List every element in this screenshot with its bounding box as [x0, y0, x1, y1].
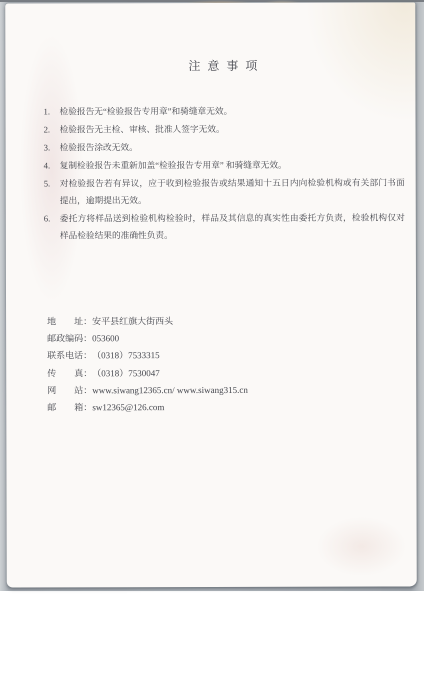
contact-row-website: 网 站： www.siwang12365.cn/ www.siwang315.c…: [47, 381, 405, 399]
notice-text: 复制检验报告未重新加盖“检验报告专用章” 和骑缝章无效。: [60, 156, 405, 174]
contact-value: 安平县红旗大街西头: [92, 312, 405, 330]
contact-label: 邮 箱：: [47, 399, 92, 416]
contact-value: 053600: [92, 330, 405, 348]
paper-stain: [317, 516, 407, 576]
contact-row-fax: 传 真： （0318）7530047: [47, 364, 405, 382]
notice-text: 检验报告无主检、审核、批准人签字无效。: [60, 120, 405, 138]
notice-item: 1. 检验报告无“检验报告专用章”和骑缝章无效。: [43, 102, 404, 120]
contact-label: 传 真：: [47, 365, 92, 382]
contact-value: www.siwang12365.cn/ www.siwang315.cn: [92, 381, 405, 399]
notice-item: 2. 检验报告无主检、审核、批准人签字无效。: [44, 120, 405, 138]
contact-info-block: 地 址： 安平县红旗大街西头 邮政编码： 053600 联系电话： （0318）…: [47, 312, 405, 416]
contact-row-address: 地 址： 安平县红旗大街西头: [47, 312, 405, 330]
contact-label: 联系电话：: [47, 348, 92, 365]
notice-number: 1.: [43, 103, 59, 120]
contact-value: （0318）7533315: [92, 347, 405, 365]
notice-text: 检验报告无“检验报告专用章”和骑缝章无效。: [59, 102, 404, 120]
notice-text: 检验报告涂改无效。: [60, 138, 405, 156]
page-title: 注 意 事 项: [43, 56, 404, 74]
document-page: 注 意 事 项 1. 检验报告无“检验报告专用章”和骑缝章无效。 2. 检验报告…: [5, 2, 417, 587]
notice-number: 2.: [44, 121, 60, 138]
contact-value: （0318）7530047: [92, 364, 405, 382]
notice-item: 5. 对检验报告若有异议，应于收到检验报告或结果通知十五日内向检验机构或有关部门…: [44, 174, 405, 209]
notice-text: 对检验报告若有异议，应于收到检验报告或结果通知十五日内向检验机构或有关部门书面提…: [60, 174, 405, 209]
notice-text: 委托方将样品送到检验机构检验时，样品及其信息的真实性由委托方负责，检验机构仅对样…: [60, 209, 405, 244]
contact-row-phone: 联系电话： （0318）7533315: [47, 347, 405, 365]
scanned-document-viewport: 注 意 事 项 1. 检验报告无“检验报告专用章”和骑缝章无效。 2. 检验报告…: [0, 0, 424, 700]
notice-number: 6.: [44, 210, 60, 244]
contact-row-email: 邮 箱： sw12365@126.com: [47, 399, 405, 417]
notice-list: 1. 检验报告无“检验报告专用章”和骑缝章无效。 2. 检验报告无主检、审核、批…: [43, 102, 404, 245]
notice-number: 4.: [44, 157, 60, 174]
contact-label: 网 站：: [47, 382, 92, 399]
contact-row-postcode: 邮政编码： 053600: [47, 330, 405, 348]
notice-number: 3.: [44, 139, 60, 156]
scanner-bed-background: 注 意 事 项 1. 检验报告无“检验报告专用章”和骑缝章无效。 2. 检验报告…: [0, 0, 424, 591]
notice-item: 4. 复制检验报告未重新加盖“检验报告专用章” 和骑缝章无效。: [44, 156, 405, 174]
notice-item: 3. 检验报告涂改无效。: [44, 138, 405, 156]
contact-value: sw12365@126.com: [92, 399, 405, 417]
notice-number: 5.: [44, 175, 60, 209]
notice-item: 6. 委托方将样品送到检验机构检验时，样品及其信息的真实性由委托方负责，检验机构…: [44, 209, 405, 244]
contact-label: 邮政编码：: [47, 331, 92, 348]
contact-label: 地 址：: [47, 313, 92, 330]
